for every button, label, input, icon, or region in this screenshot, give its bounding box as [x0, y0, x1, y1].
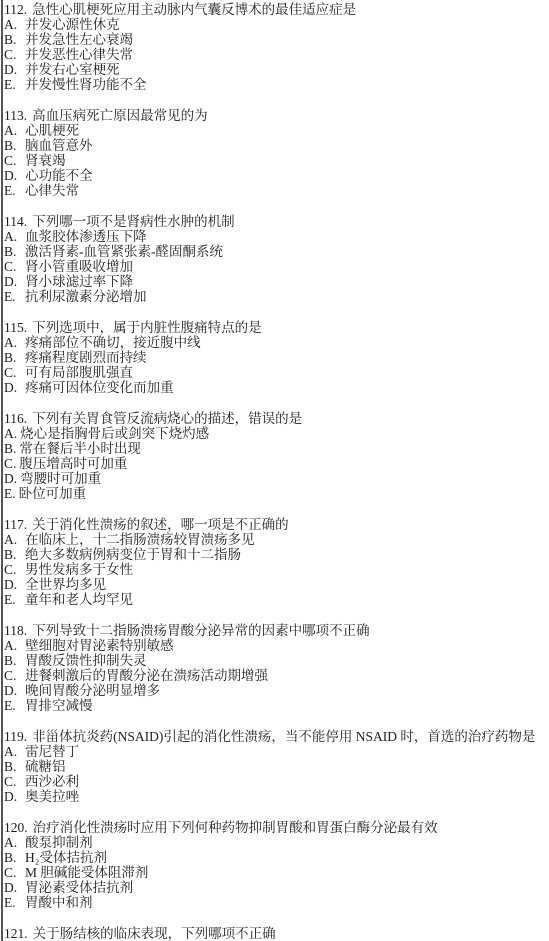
question-text: 下列有关胃食管反流病烧心的描述，错误的是 [32, 411, 302, 426]
option-letter: B. [4, 138, 17, 153]
option-letter: D. [4, 62, 17, 77]
option-row: A.血浆胶体渗透压下降 [4, 229, 549, 244]
option-text: 并发右心室梗死 [25, 62, 120, 77]
option-text: 脑血管意外 [25, 138, 93, 153]
question-block: 112.急性心肌梗死应用主动脉内气囊反博术的最佳适应症是 A.并发心源性休克 B… [4, 2, 549, 92]
option-letter: A. [4, 638, 17, 653]
option-row: D.疼痛可因体位变化而加重 [4, 380, 549, 395]
question-title: 120.治疗消化性溃疡时应用下列何种药物抑制胃酸和胃蛋白酶分泌最有效 [4, 820, 549, 835]
question-block: 120.治疗消化性溃疡时应用下列何种药物抑制胃酸和胃蛋白酶分泌最有效 A.酸泵抑… [4, 820, 549, 910]
option-row: C.肾衰竭 [4, 153, 549, 168]
option-text: 在临床上，十二指肠溃疡较胃溃疡多见 [25, 532, 255, 547]
question-title: 114.下列哪一项不是肾病性水肿的机制 [4, 214, 549, 229]
question-title: 121.关于肠结核的临床表现，下列哪项不正确 [4, 926, 549, 941]
question-number: 120. [4, 820, 28, 835]
option-list: A.心肌梗死 B.脑血管意外 C.肾衰竭 D.心功能不全 E.心律失常 [4, 123, 549, 198]
scan-border-line [1, 0, 3, 941]
option-row: A.酸泵抑制剂 [4, 835, 549, 850]
option-text: 绝大多数病例病变位于胃和十二指肠 [25, 547, 241, 562]
option-text: 弯腰时可加重 [20, 471, 101, 486]
option-letter: B. [4, 32, 17, 47]
option-letter: B. [4, 350, 17, 365]
option-list: A.烧心是指胸骨后或剑突下烧灼感 B.常在餐后半小时出现 C.腹压增高时可加重 … [4, 426, 549, 501]
question-text: 治疗消化性溃疡时应用下列何种药物抑制胃酸和胃蛋白酶分泌最有效 [33, 820, 438, 835]
option-text: 壁细胞对胃泌素特别敏感 [25, 638, 174, 653]
option-row: D.奥美拉唑 [4, 789, 549, 804]
option-letter: A. [4, 335, 17, 350]
option-text: 胃酸中和剂 [25, 895, 93, 910]
question-block: 116.下列有关胃食管反流病烧心的描述，错误的是 A.烧心是指胸骨后或剑突下烧灼… [4, 411, 549, 501]
question-text: 下列导致十二指肠溃疡胃酸分泌异常的因素中哪项不正确 [32, 623, 370, 638]
option-list: A.壁细胞对胃泌素特别敏感 B.胃酸反馈性抑制失灵 C.进餐刺激后的胃酸分泌在溃… [4, 638, 549, 713]
option-text: 可有局部腹肌强直 [25, 365, 133, 380]
option-text: 西沙必利 [25, 774, 79, 789]
question-number: 118. [4, 623, 27, 638]
option-row: B.并发急性左心衰竭 [4, 32, 549, 47]
option-letter: E. [4, 183, 17, 198]
question-number: 116. [4, 411, 27, 426]
question-block: 114.下列哪一项不是肾病性水肿的机制 A.血浆胶体渗透压下降 B.激活肾素-血… [4, 214, 549, 304]
option-letter: B. [4, 547, 17, 562]
option-row: D.弯腰时可加重 [4, 471, 549, 486]
option-letter: C. [4, 774, 17, 789]
option-letter: A. [4, 532, 17, 547]
option-row: E.并发慢性肾功能不全 [4, 77, 549, 92]
option-row: C.可有局部腹肌强直 [4, 365, 549, 380]
option-letter: E. [4, 895, 17, 910]
option-text: 胃酸反馈性抑制失灵 [25, 653, 147, 668]
option-list: A.疼痛部位不确切，接近腹中线 B.疼痛程度剧烈而持续 C.可有局部腹肌强直 D… [4, 335, 549, 395]
option-text: 胃排空减慢 [25, 698, 93, 713]
option-list: A.并发心源性休克 B.并发急性左心衰竭 C.并发恶性心律失常 D.并发右心室梗… [4, 17, 549, 92]
option-letter: D. [4, 880, 17, 895]
question-text: 下列选项中，属于内脏性腹痛特点的是 [32, 320, 262, 335]
option-list: A.酸泵抑制剂 B.H₂受体拮抗剂 C.M 胆碱能受体阻滞剂 D.胃泌素受体拮抗… [4, 835, 549, 910]
option-text: H₂受体拮抗剂 [25, 850, 107, 865]
option-letter: E. [4, 289, 17, 304]
option-row: E.胃排空减慢 [4, 698, 549, 713]
option-text: 血浆胶体渗透压下降 [25, 229, 147, 244]
question-title: 115.下列选项中，属于内脏性腹痛特点的是 [4, 320, 549, 335]
option-letter: D. [4, 789, 17, 804]
option-text: 男性发病多于女性 [25, 562, 133, 577]
option-row: E.胃酸中和剂 [4, 895, 549, 910]
option-letter: E. [4, 77, 17, 92]
option-text: 童年和老人均罕见 [25, 592, 133, 607]
question-block: 113.高血压病死亡原因最常见的为 A.心肌梗死 B.脑血管意外 C.肾衰竭 D… [4, 108, 549, 198]
option-text: 心律失常 [25, 183, 79, 198]
question-title: 119.非甾体抗炎药(NSAID)引起的消化性溃疡，当不能停用 NSAID 时，… [4, 729, 549, 744]
option-row: C.西沙必利 [4, 774, 549, 789]
option-letter: B. [4, 653, 17, 668]
option-text: 常在餐后半小时出现 [19, 441, 141, 456]
question-number: 114. [4, 214, 27, 229]
option-letter: A. [4, 835, 17, 850]
option-text: 疼痛部位不确切，接近腹中线 [25, 335, 201, 350]
option-row: E.心律失常 [4, 183, 549, 198]
option-row: B.H₂受体拮抗剂 [4, 850, 549, 865]
option-row: C.M 胆碱能受体阻滞剂 [4, 865, 549, 880]
option-text: 疼痛可因体位变化而加重 [25, 380, 174, 395]
option-letter: C. [4, 365, 17, 380]
option-text: M 胆碱能受体阻滞剂 [25, 865, 148, 880]
option-row: A.在临床上，十二指肠溃疡较胃溃疡多见 [4, 532, 549, 547]
option-text: 雷尼替丁 [25, 744, 79, 759]
option-letter: C. [4, 668, 17, 683]
option-letter: B. [4, 759, 17, 774]
question-text: 关于消化性溃疡的叙述，哪一项是不正确的 [32, 517, 289, 532]
question-block: 121.关于肠结核的临床表现，下列哪项不正确 [4, 926, 549, 941]
option-letter: E. [4, 698, 17, 713]
option-letter: B. [4, 850, 17, 865]
option-letter: C. [4, 153, 17, 168]
option-row: A.疼痛部位不确切，接近腹中线 [4, 335, 549, 350]
option-letter: C. [4, 865, 17, 880]
option-text: 卧位可加重 [19, 486, 87, 501]
option-letter: C. [4, 47, 17, 62]
option-row: D.并发右心室梗死 [4, 62, 549, 77]
option-row: D.全世界均多见 [4, 577, 549, 592]
option-row: B.脑血管意外 [4, 138, 549, 153]
option-row: D.胃泌素受体拮抗剂 [4, 880, 549, 895]
question-block: 119.非甾体抗炎药(NSAID)引起的消化性溃疡，当不能停用 NSAID 时，… [4, 729, 549, 804]
option-row: C.男性发病多于女性 [4, 562, 549, 577]
option-letter: A. [4, 744, 17, 759]
option-letter: A. [4, 229, 17, 244]
question-title: 112.急性心肌梗死应用主动脉内气囊反博术的最佳适应症是 [4, 2, 549, 17]
option-text: 晚间胃酸分泌明显增多 [25, 683, 160, 698]
option-row: A.雷尼替丁 [4, 744, 549, 759]
option-row: C.并发恶性心律失常 [4, 47, 549, 62]
option-letter: A. [4, 123, 17, 138]
option-text: 腹压增高时可加重 [19, 456, 127, 471]
option-row: A.壁细胞对胃泌素特别敏感 [4, 638, 549, 653]
option-text: 激活肾素-血管紧张素-醛固酮系统 [25, 244, 223, 259]
question-number: 112. [4, 2, 27, 17]
option-text: 奥美拉唑 [25, 789, 79, 804]
option-text: 酸泵抑制剂 [25, 835, 93, 850]
option-letter: D. [4, 168, 17, 183]
option-row: A.并发心源性休克 [4, 17, 549, 32]
question-title: 118.下列导致十二指肠溃疡胃酸分泌异常的因素中哪项不正确 [4, 623, 549, 638]
question-text: 高血压病死亡原因最常见的为 [32, 108, 208, 123]
option-row: B.硫糖铝 [4, 759, 549, 774]
option-list: A.雷尼替丁 B.硫糖铝 C.西沙必利 D.奥美拉唑 [4, 744, 549, 804]
question-number: 121. [4, 926, 28, 941]
question-number: 119. [4, 729, 27, 744]
option-letter: D. [4, 577, 17, 592]
option-letter: B. [4, 441, 16, 456]
option-row: A.心肌梗死 [4, 123, 549, 138]
option-letter: A. [4, 426, 17, 441]
option-list: A.在临床上，十二指肠溃疡较胃溃疡多见 B.绝大多数病例病变位于胃和十二指肠 C… [4, 532, 549, 607]
question-block: 118.下列导致十二指肠溃疡胃酸分泌异常的因素中哪项不正确 A.壁细胞对胃泌素特… [4, 623, 549, 713]
option-text: 全世界均多见 [25, 577, 106, 592]
option-text: 肾衰竭 [25, 153, 66, 168]
question-title: 117.关于消化性溃疡的叙述，哪一项是不正确的 [4, 517, 549, 532]
option-list: A.血浆胶体渗透压下降 B.激活肾素-血管紧张素-醛固酮系统 C.肾小管重吸收增… [4, 229, 549, 304]
option-letter: C. [4, 259, 17, 274]
question-number: 115. [4, 320, 27, 335]
question-text: 关于肠结核的临床表现，下列哪项不正确 [33, 926, 276, 941]
option-letter: D. [4, 380, 17, 395]
option-letter: B. [4, 244, 17, 259]
option-text: 心功能不全 [25, 168, 93, 183]
option-text: 进餐刺激后的胃酸分泌在溃疡活动期增强 [25, 668, 268, 683]
option-text: 心肌梗死 [25, 123, 79, 138]
option-row: D.晚间胃酸分泌明显增多 [4, 683, 549, 698]
option-row: C.腹压增高时可加重 [4, 456, 549, 471]
option-letter: A. [4, 17, 17, 32]
option-row: B.绝大多数病例病变位于胃和十二指肠 [4, 547, 549, 562]
question-block: 115.下列选项中，属于内脏性腹痛特点的是 A.疼痛部位不确切，接近腹中线 B.… [4, 320, 549, 395]
option-letter: D. [4, 274, 17, 289]
option-row: C.进餐刺激后的胃酸分泌在溃疡活动期增强 [4, 668, 549, 683]
option-row: B.胃酸反馈性抑制失灵 [4, 653, 549, 668]
option-letter: C. [4, 456, 16, 471]
option-row: E.卧位可加重 [4, 486, 549, 501]
option-row: C.肾小管重吸收增加 [4, 259, 549, 274]
question-number: 117. [4, 517, 27, 532]
option-text: 并发急性左心衰竭 [25, 32, 133, 47]
question-text: 非甾体抗炎药(NSAID)引起的消化性溃疡，当不能停用 NSAID 时，首选的治… [32, 729, 535, 744]
option-text: 肾小管重吸收增加 [25, 259, 133, 274]
option-text: 烧心是指胸骨后或剑突下烧灼感 [20, 426, 209, 441]
option-letter: D. [4, 471, 17, 486]
option-letter: C. [4, 562, 17, 577]
exam-page: 112.急性心肌梗死应用主动脉内气囊反博术的最佳适应症是 A.并发心源性休克 B… [0, 0, 549, 941]
option-letter: E. [4, 592, 17, 607]
option-text: 肾小球滤过率下降 [25, 274, 133, 289]
question-list: 112.急性心肌梗死应用主动脉内气囊反博术的最佳适应症是 A.并发心源性休克 B… [4, 2, 549, 941]
option-text: 疼痛程度剧烈而持续 [25, 350, 147, 365]
option-letter: D. [4, 683, 17, 698]
option-text: 并发恶性心律失常 [25, 47, 133, 62]
option-row: D.心功能不全 [4, 168, 549, 183]
option-row: B.疼痛程度剧烈而持续 [4, 350, 549, 365]
option-row: E.抗利尿激素分泌增加 [4, 289, 549, 304]
question-title: 116.下列有关胃食管反流病烧心的描述，错误的是 [4, 411, 549, 426]
option-text: 抗利尿激素分泌增加 [25, 289, 147, 304]
option-text: 并发慢性肾功能不全 [25, 77, 147, 92]
option-row: B.激活肾素-血管紧张素-醛固酮系统 [4, 244, 549, 259]
option-row: D.肾小球滤过率下降 [4, 274, 549, 289]
option-text: 胃泌素受体拮抗剂 [25, 880, 133, 895]
question-text: 下列哪一项不是肾病性水肿的机制 [32, 214, 235, 229]
question-block: 117.关于消化性溃疡的叙述，哪一项是不正确的 A.在临床上，十二指肠溃疡较胃溃… [4, 517, 549, 607]
option-text: 并发心源性休克 [25, 17, 120, 32]
option-letter: E. [4, 486, 16, 501]
option-row: E.童年和老人均罕见 [4, 592, 549, 607]
option-text: 硫糖铝 [25, 759, 66, 774]
question-title: 113.高血压病死亡原因最常见的为 [4, 108, 549, 123]
option-row: B.常在餐后半小时出现 [4, 441, 549, 456]
question-text: 急性心肌梗死应用主动脉内气囊反博术的最佳适应症是 [32, 2, 356, 17]
question-number: 113. [4, 108, 27, 123]
option-row: A.烧心是指胸骨后或剑突下烧灼感 [4, 426, 549, 441]
